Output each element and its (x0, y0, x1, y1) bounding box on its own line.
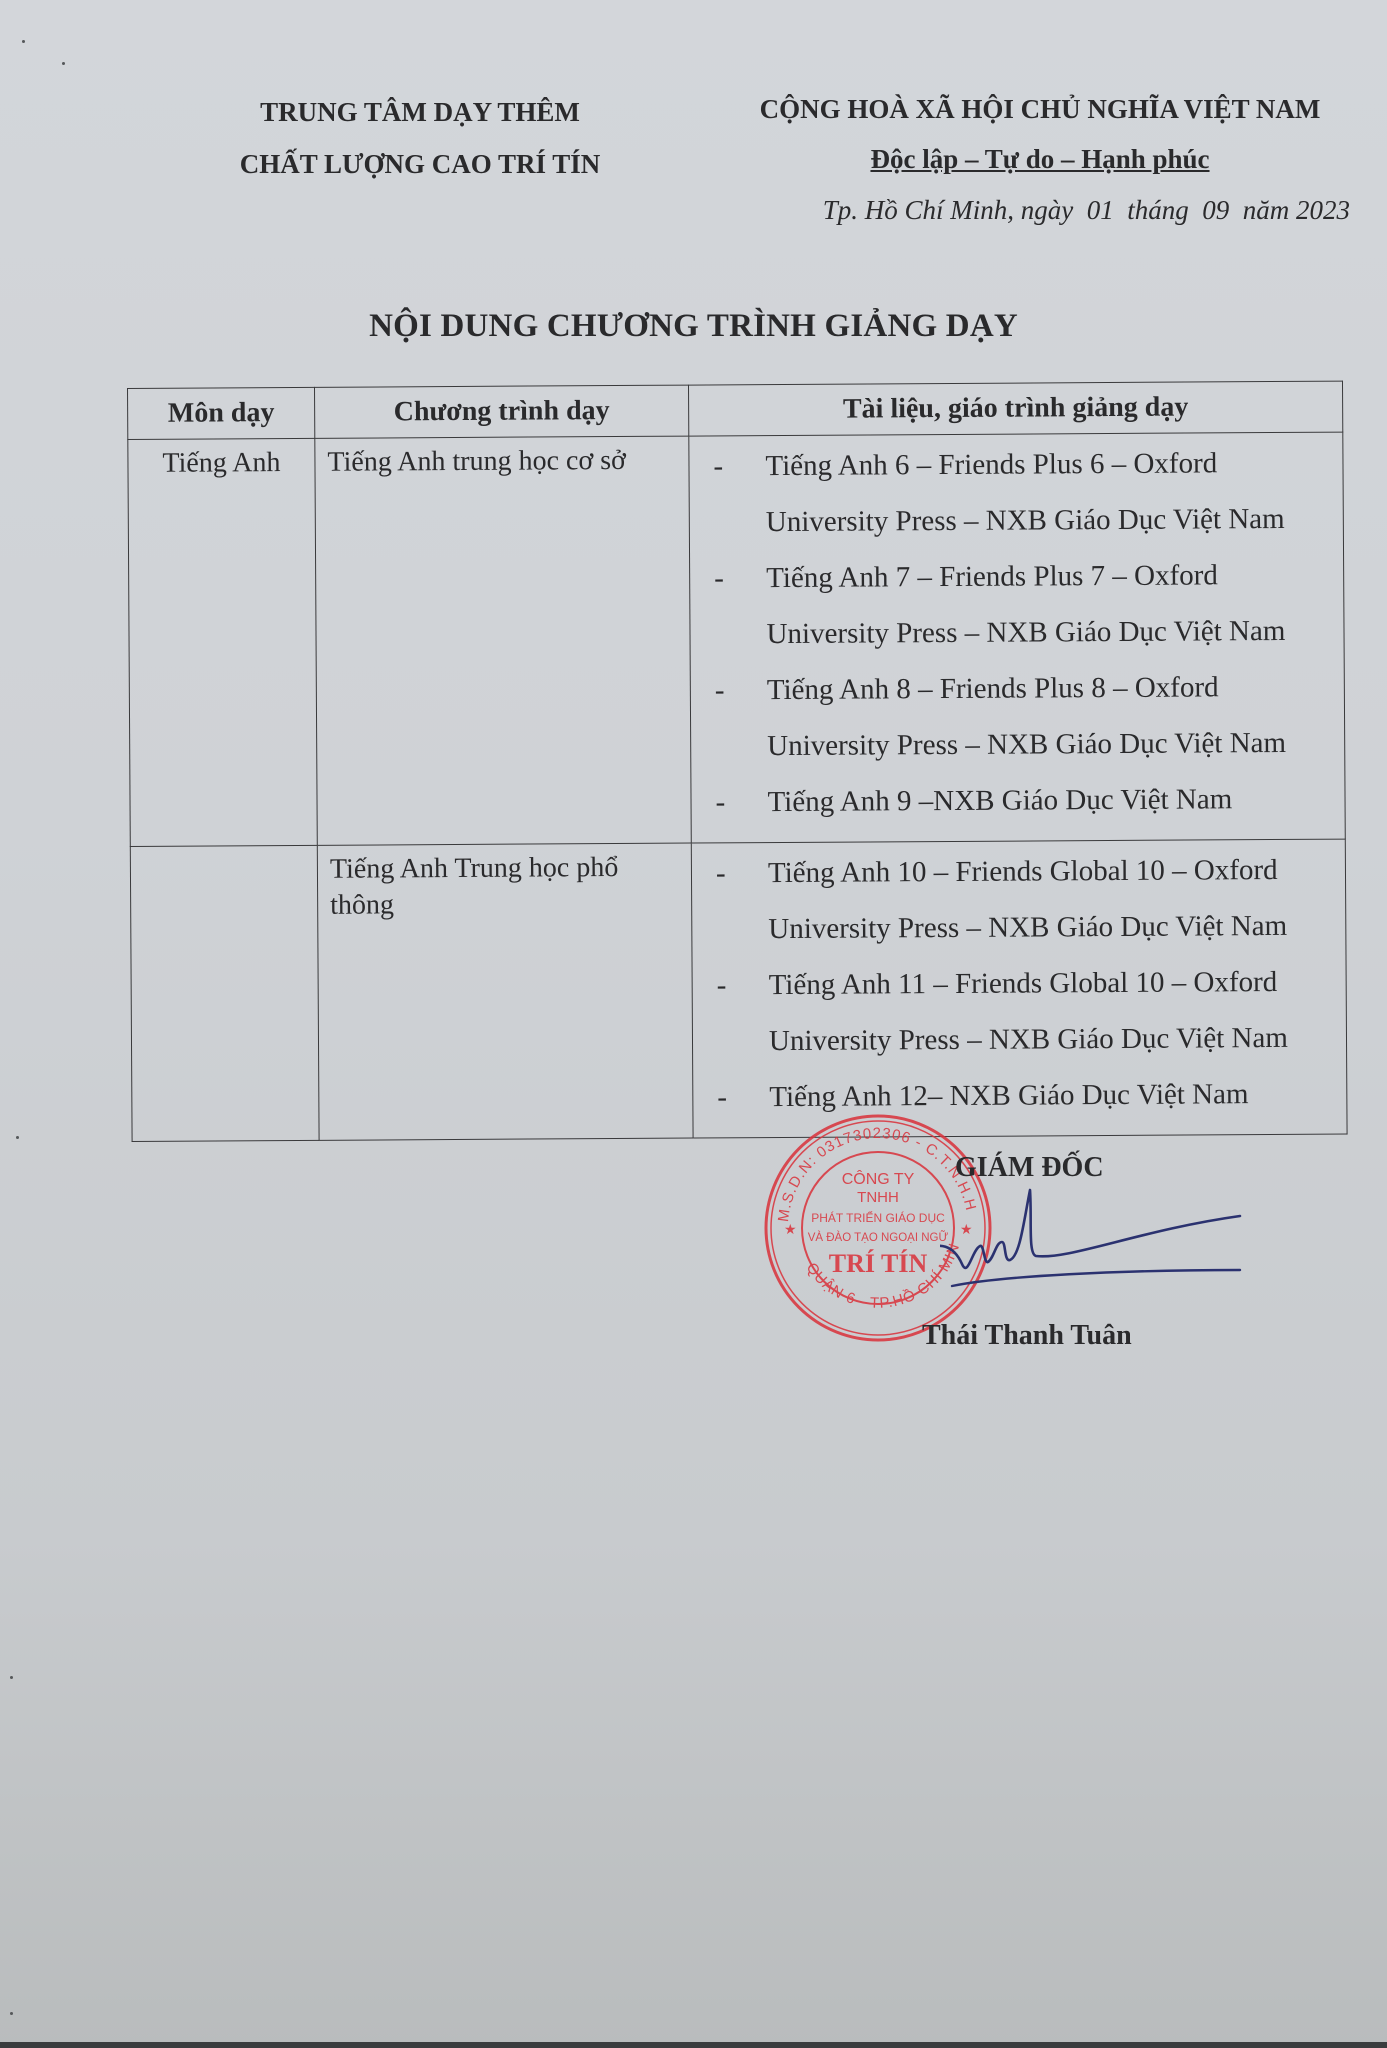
paper-speck (10, 1676, 13, 1679)
paper-speck (10, 2012, 13, 2015)
country-name: CỘNG HOÀ XÃ HỘI CHỦ NGHĨA VIỆT NAM (730, 84, 1350, 134)
table-header-row: Môn dạy Chương trình dạy Tài liệu, giáo … (128, 381, 1343, 439)
materials-list: Tiếng Anh 10 – Friends Global 10 – Oxfor… (712, 842, 1337, 1126)
column-header-materials: Tài liệu, giáo trình giảng dạy (688, 381, 1342, 436)
subject-cell: Tiếng Anh (128, 438, 317, 846)
column-header-subject: Môn dạy (128, 387, 315, 439)
handwritten-signature-icon (940, 1180, 1260, 1300)
scan-bottom-edge (0, 2042, 1387, 2048)
stamp-line3: PHÁT TRIỂN GIÁO DỤC (811, 1210, 945, 1225)
table-row: Tiếng Anh Tiếng Anh trung học cơ sở Tiến… (128, 432, 1345, 846)
program-table: Môn dạy Chương trình dạy Tài liệu, giáo … (127, 381, 1348, 1142)
material-item: Tiếng Anh 10 – Friends Global 10 – Oxfor… (712, 842, 1336, 958)
national-motto: Độc lập – Tự do – Hạnh phúc (730, 134, 1350, 184)
date-line: Tp. Hồ Chí Minh, ngày 01 tháng 09 năm 20… (730, 184, 1350, 236)
program-cell: Tiếng Anh trung học cơ sở (315, 436, 691, 845)
stamp-line1: CÔNG TY (842, 1169, 915, 1188)
organization-line1: TRUNG TÂM DẠY THÊM (190, 86, 650, 138)
stamp-line2: TNHH (857, 1189, 899, 1206)
paper-speck (16, 1136, 19, 1139)
organization-line2: CHẤT LƯỢNG CAO TRÍ TÍN (190, 138, 650, 190)
program-cell: Tiếng Anh Trung học phổ thông (317, 843, 693, 1140)
national-header: CỘNG HOÀ XÃ HỘI CHỦ NGHĨA VIỆT NAM Độc l… (730, 84, 1350, 236)
material-item: Tiếng Anh 7 – Friends Plus 7 – Oxford Un… (710, 547, 1334, 663)
material-item: Tiếng Anh 8 – Friends Plus 8 – Oxford Un… (711, 659, 1335, 775)
stamp-line4: VÀ ĐÀO TẠO NGOẠI NGỮ (808, 1231, 949, 1244)
paper-speck (62, 62, 65, 65)
materials-cell: Tiếng Anh 6 – Friends Plus 6 – Oxford Un… (689, 432, 1345, 843)
column-header-program: Chương trình dạy (314, 385, 688, 438)
materials-cell: Tiếng Anh 10 – Friends Global 10 – Oxfor… (691, 839, 1347, 1138)
table-row: Tiếng Anh Trung học phổ thông Tiếng Anh … (130, 839, 1347, 1141)
signatory-name: Thái Thanh Tuân (922, 1320, 1132, 1352)
subject-cell (130, 845, 319, 1141)
stamp-company-name: TRÍ TÍN (829, 1249, 928, 1278)
paper-speck (22, 40, 25, 43)
organization-header: TRUNG TÂM DẠY THÊM CHẤT LƯỢNG CAO TRÍ TÍ… (190, 86, 650, 190)
materials-list: Tiếng Anh 6 – Friends Plus 6 – Oxford Un… (709, 435, 1334, 831)
material-item: Tiếng Anh 9 –NXB Giáo Dục Việt Nam (711, 771, 1334, 831)
material-item: Tiếng Anh 11 – Friends Global 10 – Oxfor… (712, 954, 1336, 1070)
material-item: Tiếng Anh 6 – Friends Plus 6 – Oxford Un… (709, 435, 1333, 551)
document-title: NỘI DUNG CHƯƠNG TRÌNH GIẢNG DẠY (0, 308, 1387, 345)
stamp-star-icon: ★ (784, 1221, 797, 1237)
